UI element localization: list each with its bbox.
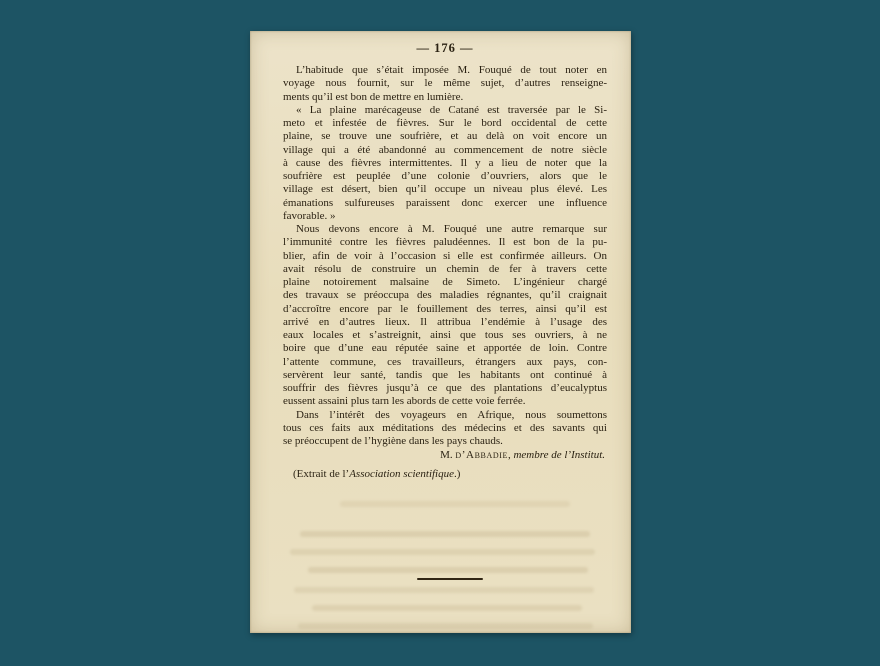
background: — 176 — L’habitude que s’était imposée M… (0, 0, 880, 666)
document-page: — 176 — L’habitude que s’était imposée M… (250, 31, 631, 633)
signature-prefix: M. (440, 449, 455, 461)
extract-suffix: .) (454, 468, 460, 480)
text-line: émanations sulfureuses paraissent donc e… (283, 197, 607, 210)
text-line: avait résolu de construire un chemin de … (283, 263, 607, 276)
text-line: soufrière est peuplée d’une colonie d’ou… (283, 170, 607, 183)
text-line: l’attente commune, ces travailleurs, étr… (283, 356, 607, 369)
text-line: à cause des fièvres intermittentes. Il y… (283, 157, 607, 170)
page-content: — 176 — L’habitude que s’était imposée M… (250, 31, 631, 481)
end-rule (417, 578, 483, 580)
text-line: village qui a été abandonné au commencem… (283, 144, 607, 157)
text-line: eussent assaini plus tarn les abords de … (283, 395, 607, 408)
paragraph: Nous devons encore à M. Fouqué une autre… (283, 223, 607, 409)
text-line: blier, afin de voir à l’occasion si elle… (283, 250, 607, 263)
text-line: L’habitude que s’était imposée M. Fouqué… (283, 64, 607, 77)
text-line: eaux locales et s’astreignit, ainsi que … (283, 329, 607, 342)
paragraph: Dans l’intérêt des voyageurs en Afrique,… (283, 409, 607, 449)
signature-name: d’Abbadie (455, 449, 508, 461)
text-line: boire que d’une eau réputée saine et app… (283, 342, 607, 355)
text-line: voyage nous fournit, sur le même sujet, … (283, 77, 607, 90)
text-line: arrivé en d’autres lieux. Il attribua l’… (283, 316, 607, 329)
extract-line: (Extrait de l’Association scientifique.) (293, 468, 607, 481)
text-line: meto et infestée de fièvres. Sur le bord… (283, 117, 607, 130)
extract-prefix: (Extrait de l’ (293, 468, 349, 480)
signature-line: M. d’Abbadie, membre de l’Institut. (283, 449, 607, 462)
text-line: d’accroître encore par le fouillement de… (283, 303, 607, 316)
text-line: ments qu’il est bon de mettre en lumière… (283, 91, 607, 104)
text-line: des travaux se préoccupa des maladies ré… (283, 289, 607, 302)
text-line: Dans l’intérêt des voyageurs en Afrique,… (283, 409, 607, 422)
text-line: l’immunité contre les fièvres paludéenne… (283, 236, 607, 249)
text-line: tous ces faits aux méditations des médec… (283, 422, 607, 435)
paragraph: L’habitude que s’était imposée M. Fouqué… (283, 64, 607, 104)
text-line: servèrent leur santé, tandis que les hab… (283, 369, 607, 382)
signature-role: membre de l’Institut. (513, 449, 605, 461)
page-number: — 176 — (283, 41, 607, 55)
text-line: plaine notoirement malsaine de Simeto. L… (283, 276, 607, 289)
text-line: plaine, se trouve une soufrière, et au d… (283, 130, 607, 143)
text-line: village est désert, bien qu’il occupe un… (283, 183, 607, 196)
text-line: favorable. » (283, 210, 607, 223)
text-line: « La plaine marécageuse de Catané est tr… (283, 104, 607, 117)
paragraph: « La plaine marécageuse de Catané est tr… (283, 104, 607, 223)
text-line: Nous devons encore à M. Fouqué une autre… (283, 223, 607, 236)
extract-title: Association scientifique (349, 468, 454, 480)
text-line: se préoccupent de l’hygiène dans les pay… (283, 435, 607, 448)
body-text: L’habitude que s’était imposée M. Fouqué… (283, 64, 607, 448)
text-line: souffrir des fièvres jusqu’à ce que des … (283, 382, 607, 395)
